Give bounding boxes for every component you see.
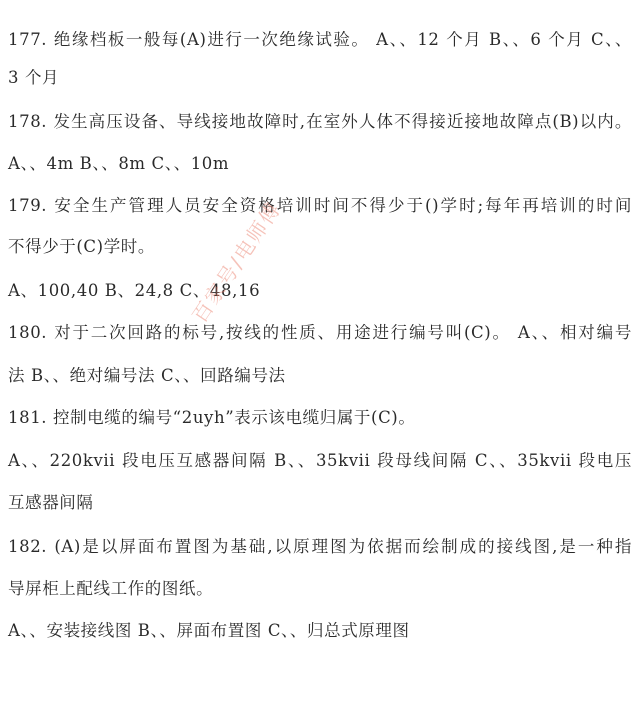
- question-181-line-3: 互感器间隔: [8, 491, 94, 515]
- question-177-line-2: 3 个月: [8, 66, 59, 90]
- question-182-line-2: 导屏柜上配线工作的图纸。: [8, 577, 213, 601]
- question-178-line-1: 178. 发生高压设备、导线接地故障时,在室外人体不得接近接地故障点(B)以内。: [8, 110, 632, 134]
- question-182-line-1: 182. (A)是以屏面布置图为基础,以原理图为依据而绘制成的接线图,是一种指: [8, 535, 632, 559]
- document-page: 177. 绝缘档板一般每(A)进行一次绝缘试验。 A、、12 个月 B、、6 个…: [0, 0, 640, 720]
- question-181-options: A、、220kvii 段电压互感器间隔 B、、35kvii 段母线间隔 C、、3…: [8, 449, 632, 473]
- question-179-options: A、100,40 B、24,8 C、48,16: [8, 279, 260, 303]
- question-178-options: A、、4m B、、8m C、、10m: [8, 152, 229, 176]
- question-179-line-2: 不得少于(C)学时。: [8, 235, 155, 259]
- question-177-line-1: 177. 绝缘档板一般每(A)进行一次绝缘试验。 A、、12 个月 B、、6 个…: [8, 28, 632, 52]
- question-179-line-1: 179. 安全生产管理人员安全资格培训时间不得少于()学时;每年再培训的时间: [8, 194, 632, 218]
- question-180-line-2: 法 B、、绝对编号法 C、、回路编号法: [8, 364, 286, 388]
- question-180-line-1: 180. 对于二次回路的标号,按线的性质、用途进行编号叫(C)。 A、、相对编号: [8, 321, 632, 345]
- question-181-line-1: 181. 控制电缆的编号“2uyh”表示该电缆归属于(C)。: [8, 406, 415, 430]
- question-182-options: A、、安装接线图 B、、屏面布置图 C、、归总式原理图: [8, 619, 410, 643]
